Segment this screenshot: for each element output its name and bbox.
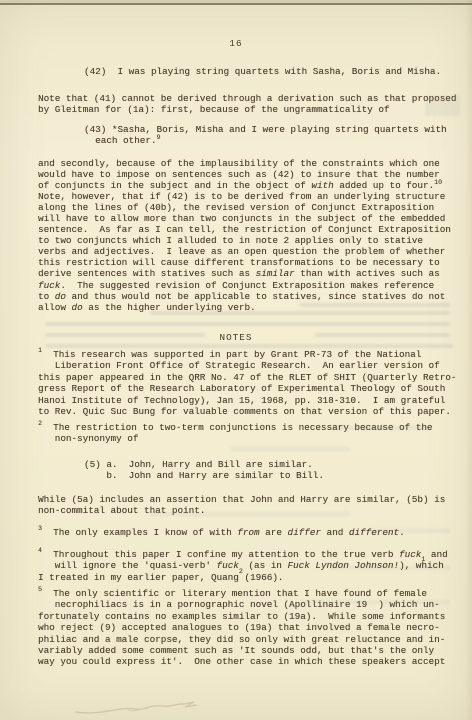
text-block-note-3: 3 The only examples I know of with from … [38,527,405,538]
bleed-through-artifact [230,447,350,451]
text-line: non-synonymy of [38,433,433,444]
text-line: verbs and adjectives. I leave as an open… [38,246,451,257]
text-line: way you could express it'. One other cas… [38,656,445,667]
text-line: 4 Throughout this paper I confine my att… [38,549,448,560]
text-line: (5) a. John, Harry and Bill are similar. [84,459,324,470]
text-line: this restriction will cause different tr… [38,257,451,268]
text-block-note-2: 2 The restriction to two-term conjunctio… [38,422,433,445]
bleed-through-artifact [45,322,450,326]
text-block-example-5: (5) a. John, Harry and Bill are similar.… [84,459,324,482]
text-line: who reject (9) accepted analogues to (19… [38,622,445,633]
text-line: to two conjuncts which I alluded to in n… [38,235,451,246]
page-number: 16 [0,38,472,49]
text-line: to Rev. Quic Suc Bung for valuable comme… [38,406,456,417]
text-block-para-main: and secondly, because of the implausibil… [38,158,451,313]
text-line: derive sentences with statives such as s… [38,268,451,279]
scan-edge-line [0,3,472,5]
text-block-note-1: 1 This research was supported in part by… [38,349,456,417]
text-line: b. John and Harry are similar to Bill. [84,470,324,481]
text-line: allow do as the higher underlying verb. [38,302,451,313]
scan-edge-right [465,0,472,720]
text-line: each other.9 [84,135,447,146]
text-line: non-commital about that point. [38,505,445,516]
text-line: (43) *Sasha, Boris, Misha and I were pla… [84,124,447,135]
text-line: 1 This research was supported in part by… [38,349,456,360]
text-line: (42) I was playing string quartets with … [84,66,441,77]
text-line: along the lines of (40b), the revised ve… [38,202,451,213]
text-line: Note, however, that if (42) is to be der… [38,191,451,202]
text-block-para-note-that: Note that (41) cannot be derived through… [38,93,456,116]
text-block-example-43: (43) *Sasha, Boris, Misha and I were pla… [84,124,447,147]
bleed-through-artifact [45,344,453,348]
text-line: 5 The only scientific or literary mentio… [38,588,445,599]
text-line: 2 The restriction to two-term conjunctio… [38,422,433,433]
text-block-note-5: 5 The only scientific or literary mentio… [38,588,445,668]
text-line: by Gleitman for (1a): first, because of … [38,104,456,115]
text-block-example-42: (42) I was playing string quartets with … [84,66,441,77]
text-line: philiac and a male corpse, they did so o… [38,634,445,645]
text-line: fuck. The suggested revision of Conjunct… [38,280,451,291]
text-line: to do and thus would not be applicable t… [38,291,451,302]
text-line: will ignore the 'quasi-verb' fuck2 (as i… [38,560,448,571]
text-block-note-4: 4 Throughout this paper I confine my att… [38,549,448,583]
text-line: this paper appeared in the QRR No. 47 of… [38,372,456,383]
text-line: 3 The only examples I know of with from … [38,527,405,538]
notes-section-heading: NOTES [0,332,472,343]
text-line: While (5a) includes an assertion that Jo… [38,494,445,505]
text-line: Hanoi Institute of Technology), Jan 15, … [38,395,456,406]
pencil-mark [72,692,222,718]
text-line: necrophiliacs is in a pornographic novel… [38,599,445,610]
text-line: fortunately contains no examples similar… [38,611,445,622]
text-line: sentence. As far as I can tell, the rest… [38,224,451,235]
text-line: and secondly, because of the implausibil… [38,158,451,169]
text-line: of conjuncts in the subject and in the o… [38,180,451,191]
text-line: Liberation Front Office of Strategic Res… [38,360,456,371]
text-line: would have to impose on sentences such a… [38,169,451,180]
text-line: will have to allow more than two conjunc… [38,213,451,224]
text-line: gress Report of the Research Laboratory … [38,383,456,394]
text-line: Note that (41) cannot be derived through… [38,93,456,104]
text-block-para-while: While (5a) includes an assertion that Jo… [38,494,445,517]
text-line: variably added some comment such as 'It … [38,645,445,656]
